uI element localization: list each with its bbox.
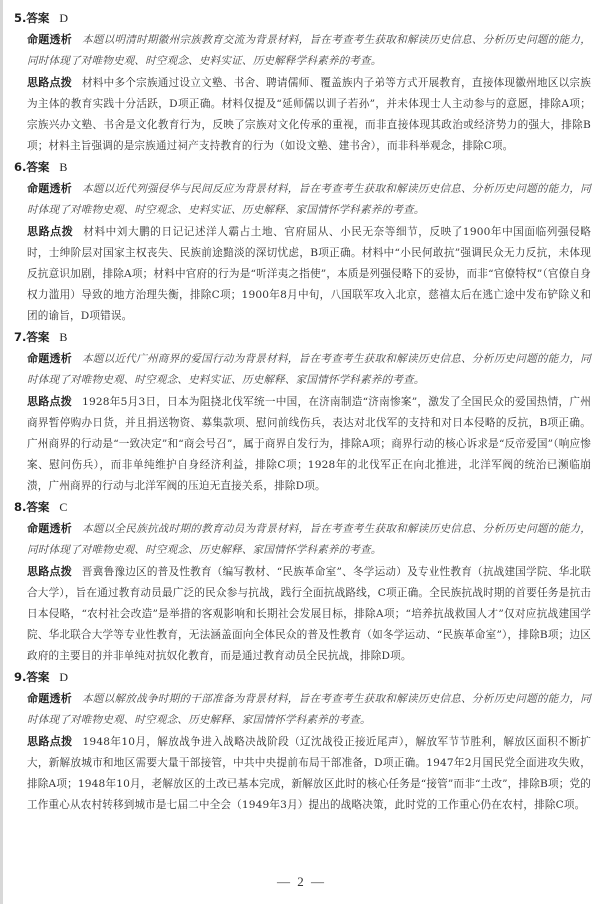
hint-paragraph: 思路点拨材料中多个宗族通过设立文塾、书舍、聘请儒师、覆盖族内子弟等方式开展教育，… (0, 72, 603, 157)
hint-text: 材料中多个宗族通过设立文塾、书舍、聘请儒师、覆盖族内子弟等方式开展教育，直接体现… (27, 77, 591, 152)
answer-value: D (59, 670, 68, 684)
answer-key-page: 5.答案D 命题透析本题以明清时期徽州宗族教育交流为背景材料，旨在考查考生获取和… (0, 8, 603, 816)
hint-label: 思路点拨 (27, 735, 73, 748)
hint-paragraph: 思路点拨1928年5月3日，日本为阻挠北伐军统一中国，在济南制造“济南惨案”，激… (0, 391, 603, 497)
answer-line: 9.答案D (0, 667, 603, 688)
analysis-text: 本题以明清时期徽州宗族教育交流为背景材料，旨在考查考生获取和解读历史信息、分析历… (27, 34, 591, 67)
analysis-text: 本题以近代广州商界的爱国行动为背景材料，旨在考查考生获取和解读历史信息、分析历史… (27, 353, 591, 386)
answer-line: 5.答案D (0, 8, 603, 29)
analysis-label: 命题透析 (27, 522, 72, 535)
question-7: 7.答案B 命题透析本题以近代广州商界的爱国行动为背景材料，旨在考查考生获取和解… (0, 327, 603, 497)
question-number: 5. (14, 11, 26, 25)
answer-line: 6.答案B (0, 157, 603, 178)
question-8: 8.答案C 命题透析本题以全民族抗战时期的教育动员为背景材料，旨在考查考生获取和… (0, 497, 603, 667)
hint-text: 1948年10月，解放战争进入战略决战阶段（辽沈战役正接近尾声），解放军节节胜利… (27, 736, 591, 811)
question-5: 5.答案D 命题透析本题以明清时期徽州宗族教育交流为背景材料，旨在考查考生获取和… (0, 8, 603, 157)
hint-text: 1928年5月3日，日本为阻挠北伐军统一中国，在济南制造“济南惨案”，激发了全国… (27, 396, 591, 492)
analysis-text: 本题以近代列强侵华与民间反应为背景材料，旨在考查考生获取和解读历史信息、分析历史… (27, 183, 591, 216)
question-6: 6.答案B 命题透析本题以近代列强侵华与民间反应为背景材料，旨在考查考生获取和解… (0, 157, 603, 327)
analysis-label: 命题透析 (27, 33, 72, 46)
answer-label: 答案 (26, 330, 49, 344)
question-9: 9.答案D 命题透析本题以解放战争时期的干部准备为背景材料，旨在考查考生获取和解… (0, 667, 603, 816)
analysis-label: 命题透析 (27, 692, 72, 705)
hint-text: 晋冀鲁豫边区的普及性教育（编写教材、“民族革命室”、冬学运动）及专业性教育（抗战… (27, 566, 591, 662)
hint-text: 材料中刘大鹏的日记记述洋人霸占土地、官府屈从、小民无奈等细节，反映了1900年中… (27, 226, 591, 322)
page-number: — 2 — (0, 874, 603, 890)
hint-label: 思路点拨 (27, 76, 72, 89)
answer-value: D (59, 11, 68, 25)
hint-paragraph: 思路点拨1948年10月，解放战争进入战略决战阶段（辽沈战役正接近尾声），解放军… (0, 731, 603, 816)
question-number: 9. (14, 670, 26, 684)
analysis-paragraph: 命题透析本题以近代广州商界的爱国行动为背景材料，旨在考查考生获取和解读历史信息、… (0, 348, 603, 391)
answer-label: 答案 (26, 670, 49, 684)
answer-label: 答案 (26, 160, 49, 174)
analysis-paragraph: 命题透析本题以明清时期徽州宗族教育交流为背景材料，旨在考查考生获取和解读历史信息… (0, 29, 603, 72)
answer-value: B (59, 330, 67, 344)
analysis-paragraph: 命题透析本题以近代列强侵华与民间反应为背景材料，旨在考查考生获取和解读历史信息、… (0, 178, 603, 221)
answer-line: 7.答案B (0, 327, 603, 348)
question-number: 8. (14, 500, 26, 514)
hint-label: 思路点拨 (27, 225, 73, 238)
answer-value: C (59, 500, 67, 514)
answer-value: B (59, 160, 67, 174)
analysis-paragraph: 命题透析本题以解放战争时期的干部准备为背景材料，旨在考查考生获取和解读历史信息、… (0, 688, 603, 731)
hint-label: 思路点拨 (27, 395, 72, 408)
question-number: 7. (14, 330, 26, 344)
analysis-text: 本题以解放战争时期的干部准备为背景材料，旨在考查考生获取和解读历史信息、分析历史… (27, 693, 591, 726)
analysis-paragraph: 命题透析本题以全民族抗战时期的教育动员为背景材料，旨在考查考生获取和解读历史信息… (0, 518, 603, 561)
analysis-label: 命题透析 (27, 352, 72, 365)
answer-label: 答案 (26, 11, 49, 25)
question-number: 6. (14, 160, 26, 174)
analysis-label: 命题透析 (27, 182, 72, 195)
answer-line: 8.答案C (0, 497, 603, 518)
hint-paragraph: 思路点拨材料中刘大鹏的日记记述洋人霸占土地、官府屈从、小民无奈等细节，反映了19… (0, 221, 603, 327)
answer-label: 答案 (26, 500, 49, 514)
hint-paragraph: 思路点拨晋冀鲁豫边区的普及性教育（编写教材、“民族革命室”、冬学运动）及专业性教… (0, 561, 603, 667)
analysis-text: 本题以全民族抗战时期的教育动员为背景材料，旨在考查考生获取和解读历史信息、分析历… (27, 523, 591, 556)
hint-label: 思路点拨 (27, 565, 72, 578)
